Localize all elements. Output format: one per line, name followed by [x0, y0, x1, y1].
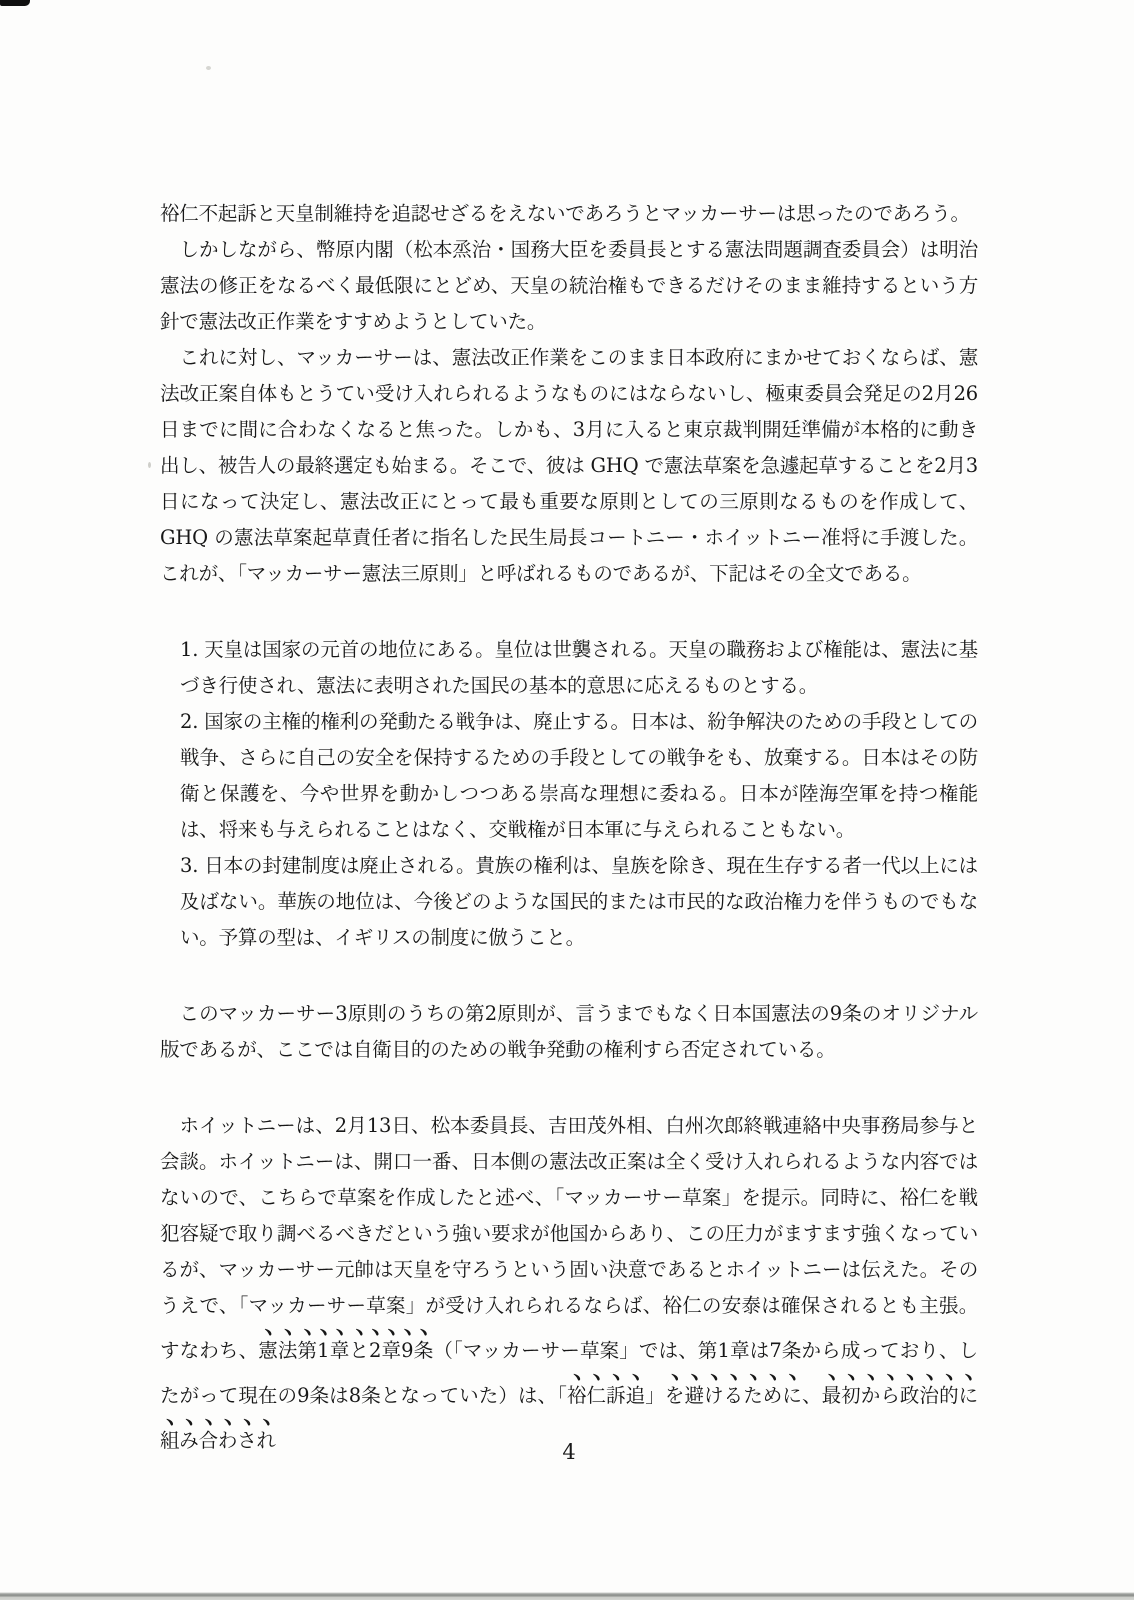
- text-segment: ホイットニーは、2月13日、松本委員長、吉田茂外相、白州次郎終戦連絡中央事務局参…: [160, 1114, 978, 1362]
- scan-speck: [148, 462, 151, 468]
- paragraph-shidehara-cabinet: しかしながら、幣原内閣（松本烝治・国務大臣を委員長とする憲法問題調査委員会）は明…: [160, 232, 978, 340]
- page-number: 4: [160, 1440, 978, 1464]
- paragraph-article9-origin: このマッカーサー3原則のうちの第2原則が、言うまでもなく日本国憲法の9条のオリジ…: [160, 996, 978, 1068]
- list-item-principle-1: 1. 天皇は国家の元首の地位にある。皇位は世襲される。天皇の職務および権能は、憲…: [180, 632, 978, 704]
- list-item-principle-3: 3. 日本の封建制度は廃止される。貴族の権利は、皇族を除き、現在生存する者一代以…: [180, 848, 978, 956]
- scan-artifact-top-left: [0, 0, 30, 6]
- list-item-principle-2: 2. 国家の主権的権利の発動たる戦争は、廃止する。日本は、紛争解決のための手段と…: [180, 704, 978, 848]
- emphasized-text: 憲法第1章と2章9条: [258, 1339, 433, 1362]
- paragraph-continuation: 裕仁不起訴と天皇制維持を追認せざるをえないであろうとマッカーサーは思ったのであろ…: [160, 196, 978, 232]
- scan-speck: [206, 66, 211, 70]
- paragraph-macarthur-decision: これに対し、マッカーサーは、憲法改正作業をこのまま日本政府にまかせておくならば、…: [160, 340, 978, 592]
- text-segment: 、: [802, 1384, 822, 1407]
- paragraph-whitney-meeting: ホイットニーは、2月13日、松本委員長、吉田茂外相、白州次郎終戦連絡中央事務局参…: [160, 1108, 978, 1459]
- scan-edge-bottom: [0, 1591, 1134, 1600]
- emphasized-text: 裕仁訴追」を避けるために: [567, 1384, 802, 1407]
- body-text: 裕仁不起訴と天皇制維持を追認せざるをえないであろうとマッカーサーは思ったのであろ…: [160, 196, 978, 1459]
- scanned-document-page: 裕仁不起訴と天皇制維持を追認せざるをえないであろうとマッカーサーは思ったのであろ…: [0, 0, 1134, 1600]
- macarthur-three-principles-list: 1. 天皇は国家の元首の地位にある。皇位は世襲される。天皇の職務および権能は、憲…: [160, 632, 978, 956]
